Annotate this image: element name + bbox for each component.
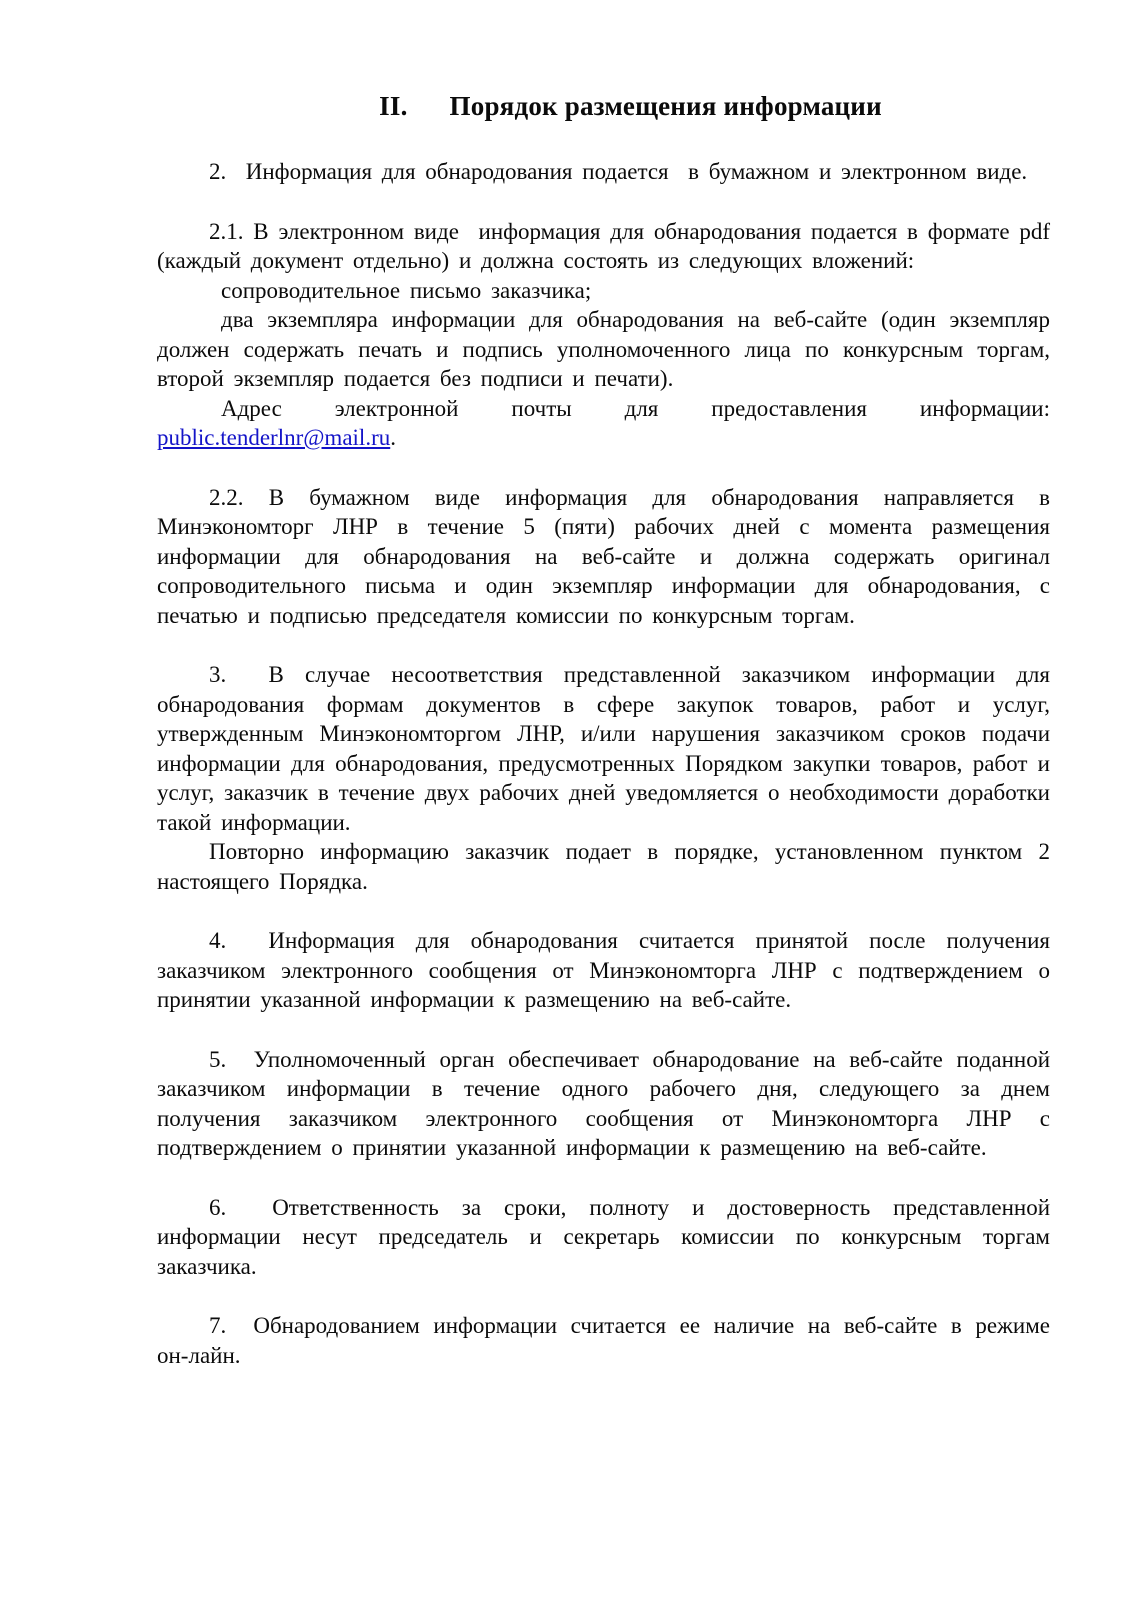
- paragraph-5: 5. Уполномоченный орган обеспечивает обн…: [157, 1045, 1050, 1163]
- section-title: Порядок размещения информации: [450, 91, 882, 121]
- document-page: II.Порядок размещения информации 2. Инфо…: [0, 0, 1131, 1600]
- paragraph-2-2: 2.2. В бумажном виде информация для обна…: [157, 483, 1050, 631]
- email-link[interactable]: public.tenderlnr@mail.ru: [157, 425, 390, 450]
- paragraph-2-1: 2.1. В электронном виде информация для о…: [157, 217, 1050, 276]
- email-address-label: Адрес электронной почты для предоставлен…: [157, 394, 1050, 424]
- section-number: II.: [379, 91, 407, 121]
- paragraph-7: 7. Обнародованием информации считается е…: [157, 1311, 1050, 1370]
- paragraph-3: 3. В случае несоответствия представленно…: [157, 660, 1050, 837]
- paragraph-3-repeat-note: Повторно информацию заказчик подает в по…: [157, 837, 1050, 896]
- document-content: II.Порядок размещения информации 2. Инфо…: [157, 90, 1050, 1370]
- list-item-two-copies: два экземпляра информации для обнародова…: [157, 305, 1050, 394]
- list-item-cover-letter: сопроводительное письмо заказчика;: [157, 276, 1050, 306]
- paragraph-2: 2. Информация для обнародования подается…: [157, 157, 1050, 187]
- paragraph-6: 6. Ответственность за сроки, полноту и д…: [157, 1193, 1050, 1282]
- paragraph-email-address: Адрес электронной почты для предоставлен…: [157, 394, 1050, 453]
- email-link-suffix: .: [390, 425, 396, 450]
- section-heading: II.Порядок размещения информации: [211, 90, 1050, 122]
- email-address-line: public.tenderlnr@mail.ru.: [157, 423, 1050, 453]
- paragraph-4: 4. Информация для обнародования считаетс…: [157, 926, 1050, 1015]
